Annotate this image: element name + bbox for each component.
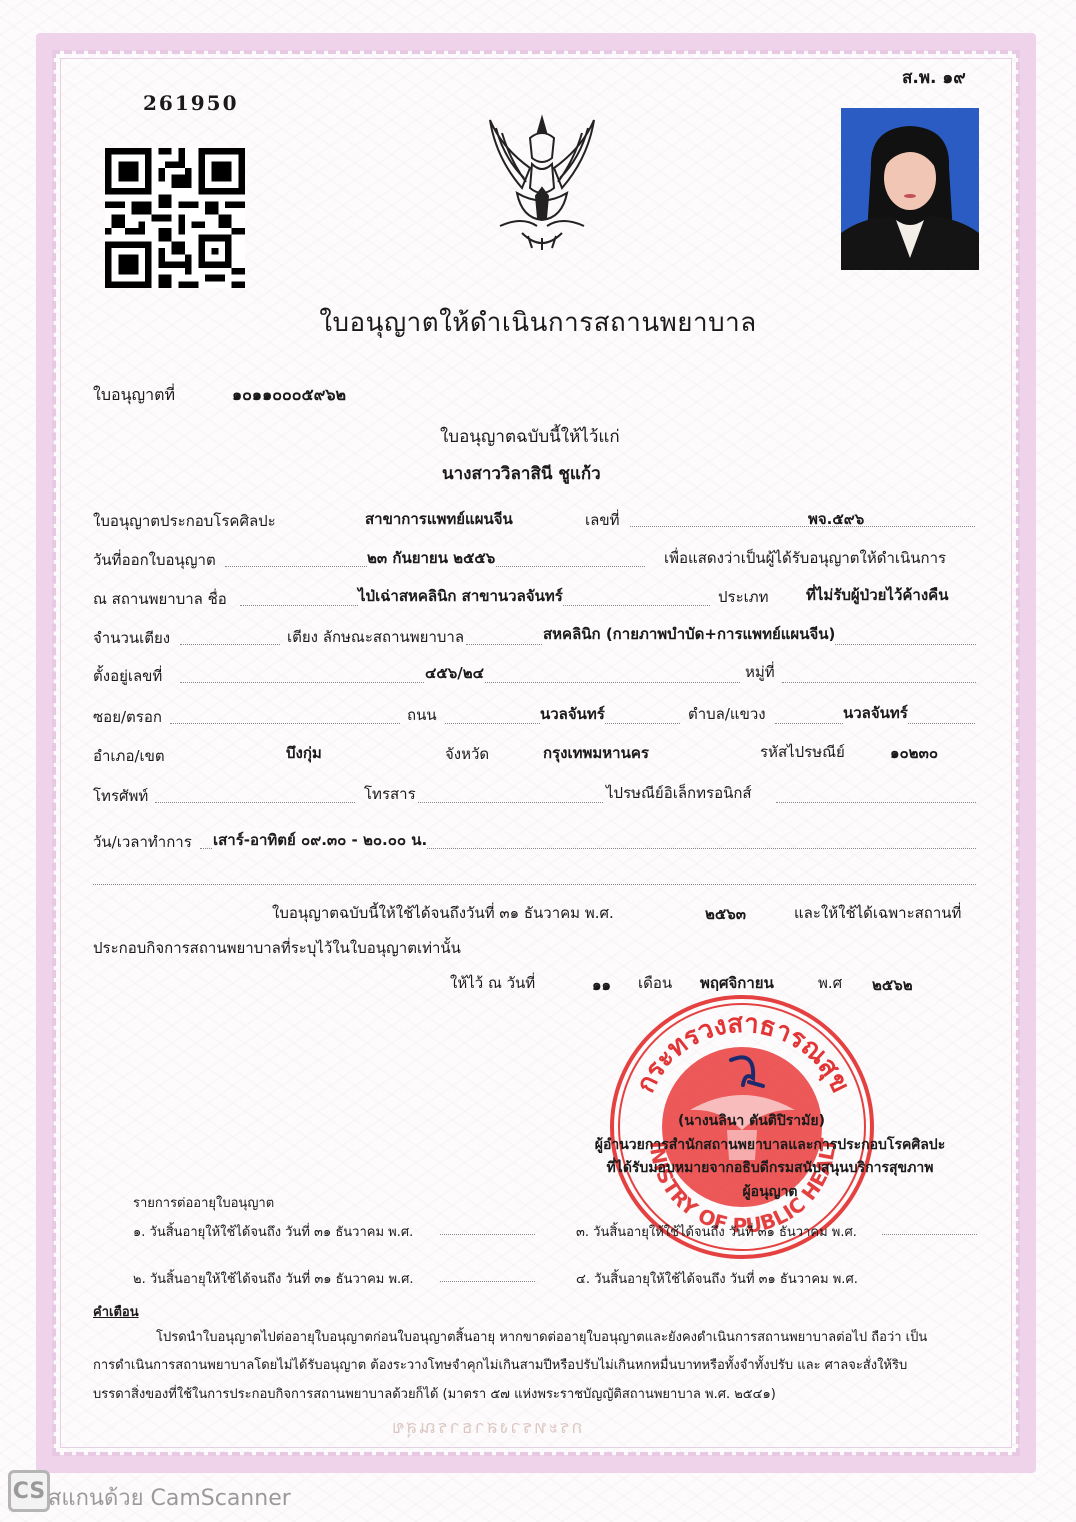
warning-line-1: โปรดนำใบอนุญาตไปต่ออายุใบอนุญาตก่อนใบอนุ… (93, 1326, 983, 1347)
licensee-photo (841, 108, 979, 270)
page-title: ใบอนุญาตให้ดำเนินการสถานพยาบาล (0, 302, 1076, 343)
art-license-value: สาขาการแพทย์แผนจีน (365, 507, 513, 531)
facility-kind-value: สหคลินิก (กายภาพบำบัด+การแพทย์แผนจีน) (543, 622, 835, 646)
province-label: จังหวัด (445, 742, 489, 766)
person-photo-icon (841, 108, 979, 270)
issue-date-value: ๒๓ กันยายน ๒๕๕๖ (367, 546, 495, 570)
dotted-line (882, 1222, 977, 1235)
address-no-value: ๔๕๖/๒๔ (425, 661, 484, 685)
type-value: ที่ไม่รับผู้ป่วยไว้ค้างคืน (806, 583, 948, 607)
expiry-year: ๒๕๖๓ (705, 902, 746, 926)
art-license-label: ใบอนุญาตประกอบโรคศิลปะ (93, 509, 276, 533)
hours-label: วัน/เวลาทำการ (93, 830, 192, 854)
signatory-position-1: ผู้อำนวยการสำนักสถานพยาบาลและการประกอบโร… (560, 1134, 980, 1156)
subdistrict-label: ตำบล/แขวง (688, 702, 766, 726)
warning-line-2: การดำเนินการสถานพยาบาลโดยไม่ได้รับอนุญาต… (93, 1354, 983, 1375)
qr-code-icon (105, 148, 245, 288)
signatory-position-3: ผู้อนุญาต (560, 1181, 980, 1203)
phone-label: โทรศัพท์ (93, 784, 148, 808)
serial-number: 261950 (143, 91, 239, 115)
signatory-position-2: ที่ได้รับมอบหมายจากอธิบดีกรมสนับสนุนบริก… (560, 1157, 980, 1179)
camscanner-logo-icon: CS (8, 1470, 50, 1512)
form-code: ส.พ. ๑๙ (902, 64, 966, 91)
dotted-line (93, 868, 976, 885)
beds-unit-label: เตียง ลักษณะสถานพยาบาล (287, 625, 464, 649)
purpose-text: เพื่อแสดงว่าเป็นผู้ได้รับอนุญาตให้ดำเนิน… (664, 546, 946, 570)
validity-suffix: และให้ใช้ได้เฉพาะสถานที่ (794, 901, 961, 925)
address-no-label: ตั้งอยู่เลขที่ (93, 664, 162, 688)
dotted-line (782, 666, 976, 683)
warning-line-3: บรรดาสิ่งของที่ใช้ในการประกอบกิจการสถานพ… (93, 1383, 983, 1404)
licensee-name: นางสาววิลาสินี ชูแก้ว (442, 460, 601, 487)
district-value: บึงกุ่ม (286, 741, 322, 765)
validity-text: ใบอนุญาตฉบับนี้ให้ใช้ได้จนถึงวันที่ ๓๑ ธ… (272, 901, 614, 925)
dotted-line (440, 1269, 535, 1282)
watermark-text: กระทรวงสาธารณสุข (390, 1412, 583, 1441)
dotted-line (440, 1222, 535, 1235)
type-label: ประเภท (718, 585, 769, 609)
postcode-label: รหัสไปรษณีย์ (760, 740, 845, 764)
validity-line2: ประกอบกิจการสถานพยาบาลที่ระบุไว้ในใบอนุญ… (93, 936, 461, 960)
renewals-title: รายการต่ออายุใบอนุญาต (133, 1192, 274, 1213)
email-label: ไปรษณีย์อิเล็กทรอนิกส์ (606, 781, 752, 805)
dotted-line (776, 786, 976, 803)
camscanner-label: สแกนด้วย CamScanner (48, 1480, 291, 1515)
renewal-item: ๑. วันสิ้นอายุให้ใช้ได้จนถึง วันที่ ๓๑ ธ… (133, 1221, 413, 1242)
moo-label: หมู่ที่ (745, 660, 775, 684)
district-label: อำเภอ/เขต (93, 744, 165, 768)
road-value: นวลจันทร์ (540, 702, 605, 726)
dotted-line (630, 510, 975, 527)
renewal-item: ๓. วันสิ้นอายุให้ใช้ได้จนถึง วันที่ ๓๑ ธ… (576, 1221, 857, 1242)
number-label: เลขที่ (585, 508, 619, 532)
dotted-line (418, 786, 603, 803)
facility-name-label: ณ สถานพยาบาล ชื่อ (93, 587, 227, 611)
signatory-name: (นางนลินา ตันติปิรามัย) (678, 1110, 825, 1132)
license-no-value: ๑๐๑๑๐๐๐๕๙๖๒ (232, 383, 346, 408)
dotted-line (155, 786, 355, 803)
warning-title: คำเตือน (93, 1301, 139, 1322)
issue-date-label: วันที่ออกใบอนุญาต (93, 548, 216, 572)
hours-value: เสาร์-อาทิตย์ ๐๙.๓๐ - ๒๐.๐๐ น. (213, 828, 427, 852)
issued-to-label: ใบอนุญาตฉบับนี้ให้ไว้แก่ (440, 423, 620, 450)
dotted-line (180, 628, 280, 645)
road-label: ถนน (407, 703, 437, 727)
subdistrict-value: นวลจันทร์ (843, 701, 908, 725)
fax-label: โทรสาร (364, 782, 416, 806)
given-label: ให้ไว้ ณ วันที่ (450, 971, 535, 995)
number-value: พจ.๕๙๖ (808, 507, 864, 531)
dotted-line (170, 707, 400, 724)
renewal-item: ๒. วันสิ้นอายุให้ใช้ได้จนถึง วันที่ ๓๑ ธ… (133, 1268, 414, 1289)
soi-label: ซอย/ตรอก (93, 705, 162, 729)
license-no-label: ใบอนุญาตที่ (93, 383, 175, 408)
postcode-value: ๑๐๒๓๐ (890, 741, 938, 765)
renewal-item: ๔. วันสิ้นอายุให้ใช้ได้จนถึง วันที่ ๓๑ ธ… (576, 1268, 858, 1289)
beds-label: จำนวนเตียง (93, 626, 170, 650)
garuda-emblem-icon (482, 108, 602, 258)
province-value: กรุงเทพมหานคร (543, 741, 649, 765)
facility-name-value: ไป่เฉ่าสหคลินิก สาขานวลจันทร์ (358, 584, 563, 608)
